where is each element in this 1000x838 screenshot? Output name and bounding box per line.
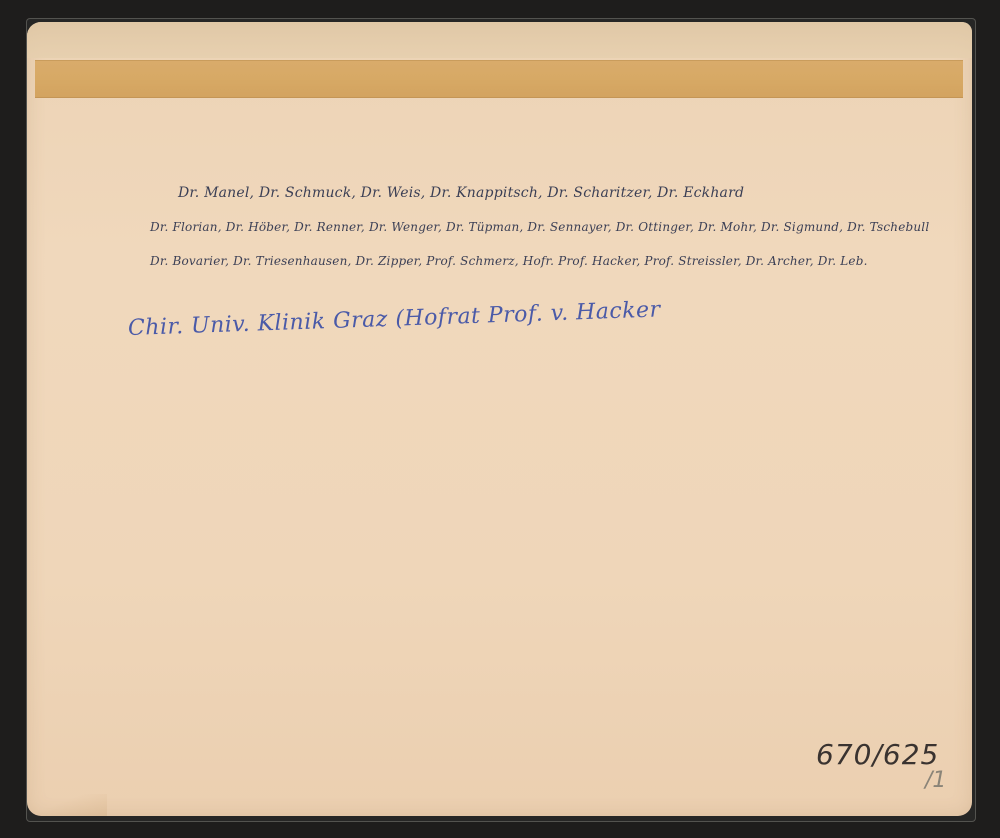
- adhesive-tape-strip: [35, 60, 963, 98]
- names-line-2: Dr. Florian, Dr. Höber, Dr. Renner, Dr. …: [150, 210, 890, 244]
- catalog-number-suffix: /1: [925, 768, 946, 793]
- names-line-3: Dr. Bovarier, Dr. Triesenhausen, Dr. Zip…: [150, 244, 890, 278]
- document-card: [27, 22, 972, 816]
- names-line-1: Dr. Manel, Dr. Schmuck, Dr. Weis, Dr. Kn…: [150, 176, 890, 210]
- handwritten-names-list: Dr. Manel, Dr. Schmuck, Dr. Weis, Dr. Kn…: [150, 176, 890, 278]
- catalog-number: 670/625: [816, 738, 939, 771]
- corner-wear: [27, 794, 107, 816]
- card-top-edge: [27, 22, 972, 58]
